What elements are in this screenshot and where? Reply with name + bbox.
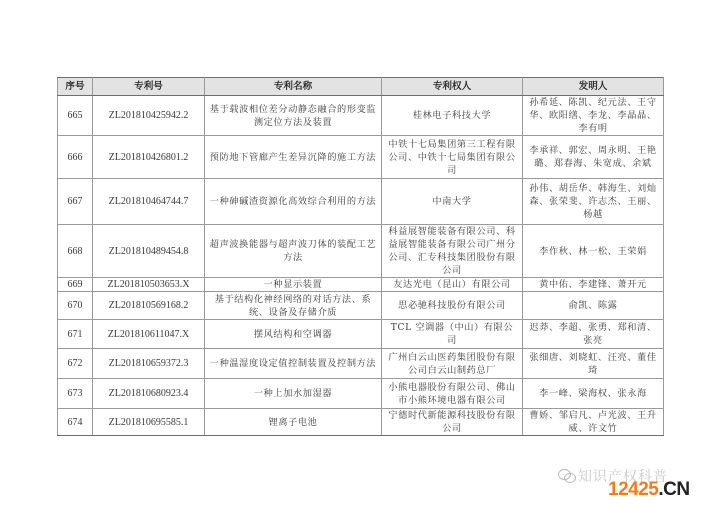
cell-patent-holder: 思必驰科技股份有限公司 bbox=[382, 292, 523, 320]
cell-patent-title: 锂离子电池 bbox=[205, 409, 382, 436]
cell-serial-no: 666 bbox=[58, 136, 93, 179]
cell-patent-holder: 中南大学 bbox=[382, 179, 523, 225]
table-row: 667 ZL201810464744.7 一种砷碱渣资源化高效综合利用的方法 中… bbox=[58, 179, 664, 225]
cell-serial-no: 672 bbox=[58, 349, 93, 379]
cell-patent-title: 摆风结构和空调器 bbox=[205, 320, 382, 349]
cell-patent-no: ZL201810569168.2 bbox=[93, 292, 205, 320]
table-row: 666 ZL201810426801.2 预防地下管廊产生差异沉降的施工方法 中… bbox=[58, 136, 664, 179]
table-header-row: 序号 专利号 专利名称 专利权人 发明人 bbox=[58, 78, 664, 96]
table-row: 665 ZL201810425942.2 基于载波相位差分动静态融合的形变监测定… bbox=[58, 96, 664, 136]
header-patent-title: 专利名称 bbox=[205, 78, 382, 96]
cell-patent-title: 预防地下管廊产生差异沉降的施工方法 bbox=[205, 136, 382, 179]
patent-table: 序号 专利号 专利名称 专利权人 发明人 665 ZL201810425942.… bbox=[57, 77, 664, 436]
cell-patent-holder: 桂林电子科技大学 bbox=[382, 96, 523, 136]
site-logo: 12425.CN bbox=[608, 479, 690, 501]
table-row: 673 ZL201810680923.4 一种上加水加湿器 小熊电器股份有限公司… bbox=[58, 379, 664, 409]
header-patent-no: 专利号 bbox=[93, 78, 205, 96]
cell-patent-title: 一种温湿度设定值控制装置及控制方法 bbox=[205, 349, 382, 379]
site-logo-tld: .CN bbox=[658, 479, 689, 500]
cell-patent-holder: 友达光电（昆山）有限公司 bbox=[382, 278, 523, 292]
cell-serial-no: 667 bbox=[58, 179, 93, 225]
cell-patent-title: 超声波换能器与超声波刀体的装配工艺方法 bbox=[205, 225, 382, 278]
cell-patent-title: 基于结构化神经网络的对话方法、系统、设备及存储介质 bbox=[205, 292, 382, 320]
header-serial-no: 序号 bbox=[58, 78, 93, 96]
table-row: 674 ZL201810695585.1 锂离子电池 宁德时代新能源科技股份有限… bbox=[58, 409, 664, 436]
cell-serial-no: 674 bbox=[58, 409, 93, 436]
cell-patent-title: 一种砷碱渣资源化高效综合利用的方法 bbox=[205, 179, 382, 225]
cell-patent-holder: 中铁十七局集团第三工程有限公司、中铁十七局集团有限公司 bbox=[382, 136, 523, 179]
cell-patent-no: ZL201810503653.X bbox=[93, 278, 205, 292]
cell-patent-title: 一种上加水加湿器 bbox=[205, 379, 382, 409]
header-patent-holder: 专利权人 bbox=[382, 78, 523, 96]
cell-patent-no: ZL201810489454.8 bbox=[93, 225, 205, 278]
table-row: 671 ZL201810611047.X 摆风结构和空调器 TCL 空调器（中山… bbox=[58, 320, 664, 349]
cell-inventors: 李作秋、林一松、王荣娟 bbox=[523, 225, 664, 278]
wechat-icon bbox=[558, 469, 576, 483]
cell-serial-no: 665 bbox=[58, 96, 93, 136]
cell-inventors: 迟莽、李超、张勇、郑和清、张亮 bbox=[523, 320, 664, 349]
cell-serial-no: 671 bbox=[58, 320, 93, 349]
cell-inventors: 李承祥、郭宏、周永明、王艳璐、郑春海、朱宽成、余斌 bbox=[523, 136, 664, 179]
cell-patent-no: ZL201810425942.2 bbox=[93, 96, 205, 136]
cell-serial-no: 670 bbox=[58, 292, 93, 320]
cell-inventors: 黄中佑、李建锋、萧开元 bbox=[523, 278, 664, 292]
cell-patent-holder: 小熊电器股份有限公司、佛山市小熊环境电器有限公司 bbox=[382, 379, 523, 409]
cell-inventors: 孙希延、陈凯、纪元法、王守华、欧阳缮、李龙、李晶晶、李有明 bbox=[523, 96, 664, 136]
cell-patent-holder: 宁德时代新能源科技股份有限公司 bbox=[382, 409, 523, 436]
cell-patent-no: ZL201810695585.1 bbox=[93, 409, 205, 436]
cell-serial-no: 668 bbox=[58, 225, 93, 278]
cell-patent-title: 一种显示装置 bbox=[205, 278, 382, 292]
cell-inventors: 孙伟、胡岳华、韩海生、刘灿森、张荣斐、许志杰、王丽、杨越 bbox=[523, 179, 664, 225]
cell-inventors: 俞凯、陈露 bbox=[523, 292, 664, 320]
cell-serial-no: 673 bbox=[58, 379, 93, 409]
header-inventors: 发明人 bbox=[523, 78, 664, 96]
cell-inventors: 李一峰、梁海权、张永海 bbox=[523, 379, 664, 409]
cell-serial-no: 669 bbox=[58, 278, 93, 292]
cell-patent-no: ZL201810426801.2 bbox=[93, 136, 205, 179]
cell-patent-title: 基于载波相位差分动静态融合的形变监测定位方法及装置 bbox=[205, 96, 382, 136]
cell-patent-no: ZL201810680923.4 bbox=[93, 379, 205, 409]
table-row: 670 ZL201810569168.2 基于结构化神经网络的对话方法、系统、设… bbox=[58, 292, 664, 320]
cell-patent-holder: 广州白云山医药集团股份有限公司白云山制药总厂 bbox=[382, 349, 523, 379]
cell-inventors: 曹娇、邹启凡、卢光波、王升威、许文竹 bbox=[523, 409, 664, 436]
cell-inventors: 张细唐、刘晓虹、汪亮、董佳琦 bbox=[523, 349, 664, 379]
table-row: 669 ZL201810503653.X 一种显示装置 友达光电（昆山）有限公司… bbox=[58, 278, 664, 292]
site-logo-digits: 12425 bbox=[608, 479, 658, 500]
table-row: 672 ZL201810659372.3 一种温湿度设定值控制装置及控制方法 广… bbox=[58, 349, 664, 379]
cell-patent-holder: TCL 空调器（中山）有限公司 bbox=[382, 320, 523, 349]
cell-patent-no: ZL201810464744.7 bbox=[93, 179, 205, 225]
cell-patent-no: ZL201810659372.3 bbox=[93, 349, 205, 379]
cell-patent-holder: 科益展智能装备有限公司、科益展智能装备有限公司广州分公司、汇专科技集团股份有限公… bbox=[382, 225, 523, 278]
table-row: 668 ZL201810489454.8 超声波换能器与超声波刀体的装配工艺方法… bbox=[58, 225, 664, 278]
cell-patent-no: ZL201810611047.X bbox=[93, 320, 205, 349]
